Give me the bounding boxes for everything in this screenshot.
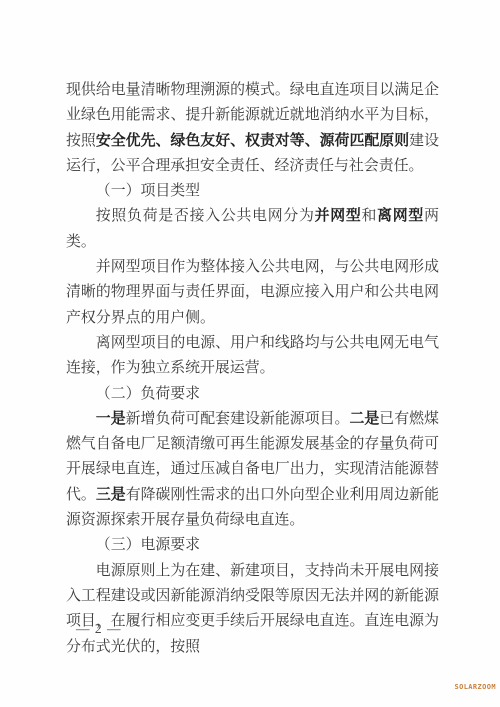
document-page: 现供给电量清晰物理溯源的模式。绿电直连项目以满足企业绿色用能需求、提升新能源就近… (0, 0, 500, 707)
text-segment: 并网型项目作为整体接入公共电网，与公共电网形成清晰的物理界面与责任界面，电源应接… (66, 259, 439, 326)
paragraph: 按照负荷是否接入公共电网分为并网型和离网型两类。 (66, 204, 439, 255)
text-segment: 新增负荷可配套建设新能源项目。 (126, 411, 350, 427)
section-heading-1: （一）项目类型 (66, 179, 439, 204)
paragraph-continuation: 现供给电量清晰物理溯源的模式。绿电直连项目以满足企业绿色用能需求、提升新能源就近… (66, 78, 439, 179)
heading-text: （二）负荷要求 (96, 386, 200, 402)
document-body: 现供给电量清晰物理溯源的模式。绿电直连项目以满足企业绿色用能需求、提升新能源就近… (66, 78, 439, 660)
text-segment: 和 (362, 208, 378, 224)
text-segment-bold: 安全优先、绿色友好、权责对等、源荷匹配原则 (96, 133, 409, 149)
text-segment: 离网型项目的电源、用户和线路均与公共电网无电气连接，作为独立系统开展运营。 (66, 335, 439, 376)
text-segment: 电源原则上为在建、新建项目，支持尚未开展电网接入工程建设或因新能源消纳受限等原因… (66, 563, 439, 655)
section-heading-3: （三）电源要求 (66, 533, 439, 558)
text-segment-bold: 离网型 (377, 208, 424, 224)
paragraph: 离网型项目的电源、用户和线路均与公共电网无电气连接，作为独立系统开展运营。 (66, 331, 439, 382)
text-segment-bold: 并网型 (315, 208, 362, 224)
paragraph: 并网型项目作为整体接入公共电网，与公共电网形成清晰的物理界面与责任界面，电源应接… (66, 255, 439, 331)
text-segment-bold: 一是 (96, 411, 126, 427)
paragraph: 一是新增负荷可配套建设新能源项目。二是已有燃煤燃气自备电厂足额清缴可再生能源发展… (66, 407, 439, 533)
heading-text: （三）电源要求 (96, 537, 200, 553)
watermark-solarzoom: SOLARZOOM (454, 683, 496, 691)
page-number: — 2 — (76, 621, 122, 637)
paragraph: 电源原则上为在建、新建项目，支持尚未开展电网接入工程建设或因新能源消纳受限等原因… (66, 559, 439, 660)
text-segment: 按照负荷是否接入公共电网分为 (96, 208, 315, 224)
heading-text: （一）项目类型 (96, 183, 200, 199)
section-heading-2: （二）负荷要求 (66, 382, 439, 407)
text-segment-bold: 三是 (96, 487, 126, 503)
text-segment-bold: 二是 (349, 411, 379, 427)
